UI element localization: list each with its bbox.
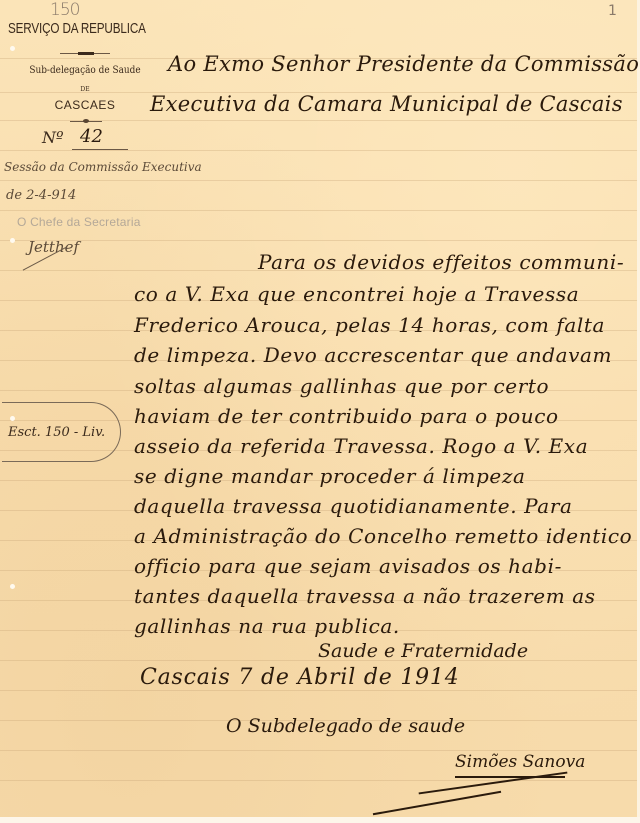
closing-salutation: Saude e Fraternidade <box>318 640 528 662</box>
body-line: haviam de ter contribuido para o pouco <box>134 404 559 428</box>
body-line: officio para que sejam avisados os habi- <box>134 554 562 578</box>
body-line: daquella travessa quotidianamente. Para <box>134 494 573 518</box>
place-date: Cascais 7 de Abril de 1914 <box>140 665 460 690</box>
ruled-line <box>0 180 640 181</box>
paper-edge-bottom <box>0 817 640 823</box>
ruled-line <box>0 150 640 151</box>
ruled-line <box>0 240 640 241</box>
body-line: de limpeza. Devo accrescentar que andava… <box>134 343 612 367</box>
letterhead-de: DE <box>10 86 160 93</box>
ruled-line <box>0 750 640 751</box>
archive-number: 150 <box>50 0 79 20</box>
margin-note-date: de 2-4-914 <box>6 188 76 203</box>
punch-hole <box>10 584 15 589</box>
margin-note-session: Sessão da Commissão Executiva <box>4 160 202 174</box>
ruled-line <box>0 690 640 691</box>
body-line: asseio da referida Travessa. Rogo a V. E… <box>134 434 588 458</box>
signature-flourish <box>373 791 501 816</box>
signer-title: O Subdelegado de saude <box>226 715 465 737</box>
letterhead-city: CASCAES <box>10 98 160 112</box>
signature-underline <box>455 776 565 778</box>
reference-note: Esct. 150 - Liv. <box>8 425 105 440</box>
body-line: a Administração do Concelho remetto iden… <box>134 524 632 548</box>
page-number: 1 <box>608 3 617 19</box>
address-line-1: Ao Exmo Senhor Presidente da Commissão <box>168 52 639 76</box>
body-line: soltas algumas gallinhas que por certo <box>134 374 549 398</box>
secretary-stamp: O Chefe da Secretaria <box>17 215 141 229</box>
body-line: gallinhas na rua publica. <box>134 614 400 638</box>
number-label: Nº <box>42 128 64 147</box>
ruled-line <box>0 780 640 781</box>
ruled-line <box>0 210 640 211</box>
body-line: tantes daquella travessa a não trazerem … <box>134 584 596 608</box>
body-line: se digne mandar proceder á limpeza <box>134 464 525 488</box>
ornament-icon <box>83 119 89 123</box>
document-number: 42 <box>80 126 103 147</box>
punch-hole <box>10 46 15 51</box>
document-page: 150 1 SERVIÇO DA REPUBLICA Sub-delegação… <box>0 0 640 823</box>
body-line: Frederico Arouca, pelas 14 horas, com fa… <box>134 313 605 337</box>
body-line: co a V. Exa que encontrei hoje a Travess… <box>134 282 579 306</box>
address-line-2: Executiva da Camara Municipal de Cascais <box>150 92 623 116</box>
letterhead-divider-accent <box>78 52 94 55</box>
letterhead-title: SERVIÇO DA REPUBLICA <box>8 20 125 37</box>
letterhead-subtitle: Sub-delegação de Saude <box>21 64 149 76</box>
body-line: Para os devidos effeitos communi- <box>258 250 624 274</box>
punch-hole <box>10 238 15 243</box>
signature: Simões Sanova <box>455 752 585 772</box>
number-underline <box>72 149 128 150</box>
